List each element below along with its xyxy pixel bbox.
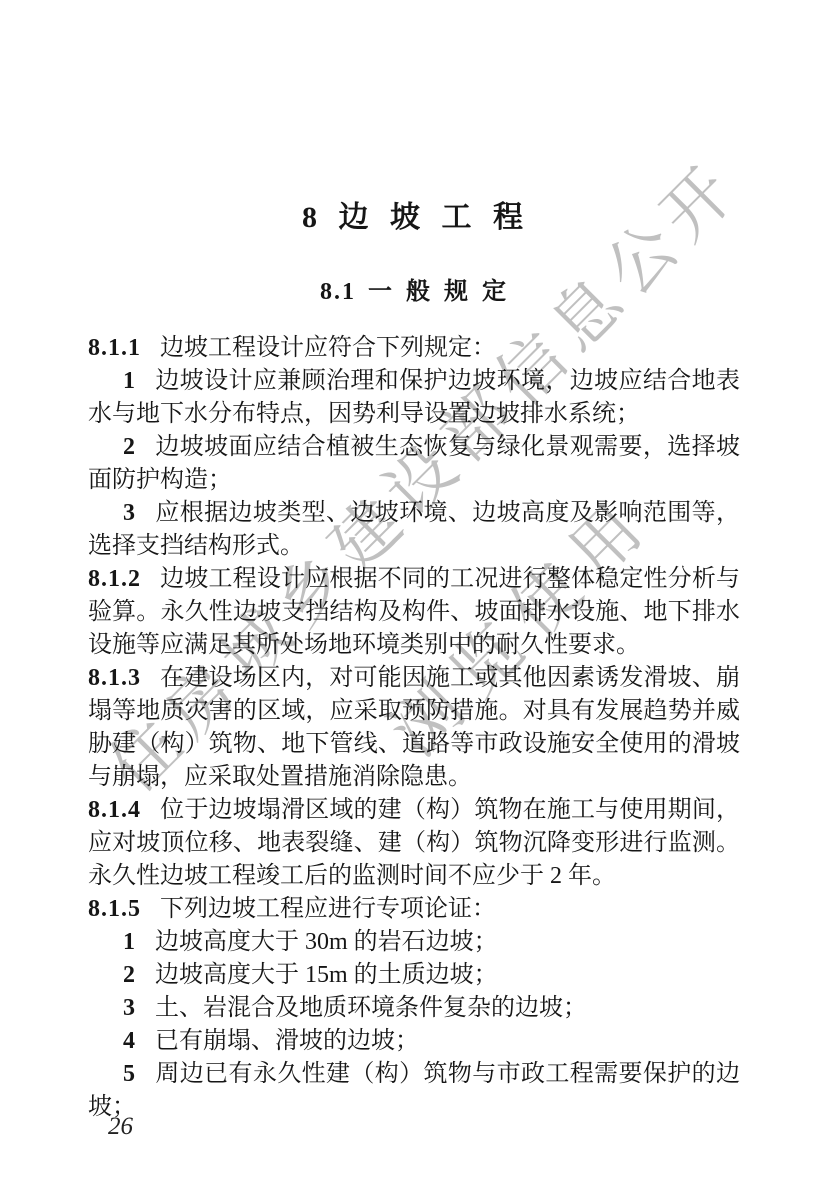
item-text: 土、岩混合及地质环境条件复杂的边坡； [155,995,587,1021]
item-text: 边坡高度大于 30m 的岩石边坡； [155,929,498,955]
section-title: 8.1 一 般 规 定 [88,279,740,305]
clause-8.1.5-item-5: 5周边已有永久性建（构）筑物与市政工程需要保护的边坡； [88,1058,740,1124]
clause-8.1.1-item-3: 3应根据边坡类型、边坡环境、边坡高度及影响范围等，选择支挡结构形式。 [88,497,740,563]
clause-text: 边坡工程设计应符合下列规定： [160,335,496,361]
item-number: 4 [123,1028,135,1054]
body-text: 8.1.1边坡工程设计应符合下列规定： 1边坡设计应兼顾治理和保护边坡环境，边坡… [88,332,740,1124]
clause-8.1.5-item-4: 4已有崩塌、滑坡的边坡； [88,1025,740,1058]
clause-8.1.4: 8.1.4位于边坡塌滑区域的建（构）筑物在施工与使用期间，应对坡顶位移、地表裂缝… [88,794,740,893]
clause-text: 下列边坡工程应进行专项论证： [160,896,496,922]
clause-number: 8.1.2 [88,566,141,592]
page-content: 8 边 坡 工 程 8.1 一 般 规 定 8.1.1边坡工程设计应符合下列规定… [88,0,740,1124]
clause-8.1.5: 8.1.5下列边坡工程应进行专项论证： [88,893,740,926]
item-text: 边坡设计应兼顾治理和保护边坡环境，边坡应结合地表水与地下水分布特点，因势利导设置… [88,368,740,427]
item-number: 1 [123,929,135,955]
clause-text: 位于边坡塌滑区域的建（构）筑物在施工与使用期间，应对坡顶位移、地表裂缝、建（构）… [88,797,740,889]
page-number: 26 [108,1113,133,1141]
item-number: 3 [123,500,135,526]
item-text: 应根据边坡类型、边坡环境、边坡高度及影响范围等，选择支挡结构形式。 [88,500,740,559]
clause-text: 在建设场区内，对可能因施工或其他因素诱发滑坡、崩塌等地质灾害的区域，应采取预防措… [88,665,740,790]
clause-8.1.1-item-2: 2边坡坡面应结合植被生态恢复与绿化景观需要，选择坡面防护构造； [88,431,740,497]
clause-text: 边坡工程设计应根据不同的工况进行整体稳定性分析与验算。永久性边坡支挡结构及构件、… [88,566,740,658]
clause-8.1.3: 8.1.3在建设场区内，对可能因施工或其他因素诱发滑坡、崩塌等地质灾害的区域，应… [88,662,740,794]
clause-8.1.5-item-2: 2边坡高度大于 15m 的土质边坡； [88,959,740,992]
chapter-title: 8 边 坡 工 程 [88,202,740,234]
clause-number: 8.1.4 [88,797,141,823]
item-text: 边坡坡面应结合植被生态恢复与绿化景观需要，选择坡面防护构造； [88,434,740,493]
standard-document-page: 住房城乡建设部信息公开 浏览使用 8 边 坡 工 程 8.1 一 般 规 定 8… [0,0,828,1198]
item-text: 已有崩塌、滑坡的边坡； [155,1028,419,1054]
item-number: 3 [123,995,135,1021]
clause-8.1.2: 8.1.2边坡工程设计应根据不同的工况进行整体稳定性分析与验算。永久性边坡支挡结… [88,563,740,662]
item-number: 1 [123,368,135,394]
clause-number: 8.1.3 [88,665,141,691]
item-number: 2 [123,962,135,988]
clause-8.1.5-item-3: 3土、岩混合及地质环境条件复杂的边坡； [88,992,740,1025]
item-text: 周边已有永久性建（构）筑物与市政工程需要保护的边坡； [88,1061,740,1120]
item-number: 2 [123,434,135,460]
item-number: 5 [123,1061,135,1087]
clause-number: 8.1.5 [88,896,141,922]
clause-8.1.1-item-1: 1边坡设计应兼顾治理和保护边坡环境，边坡应结合地表水与地下水分布特点，因势利导设… [88,365,740,431]
clause-8.1.5-item-1: 1边坡高度大于 30m 的岩石边坡； [88,926,740,959]
clause-number: 8.1.1 [88,335,141,361]
clause-8.1.1: 8.1.1边坡工程设计应符合下列规定： [88,332,740,365]
item-text: 边坡高度大于 15m 的土质边坡； [155,962,498,988]
